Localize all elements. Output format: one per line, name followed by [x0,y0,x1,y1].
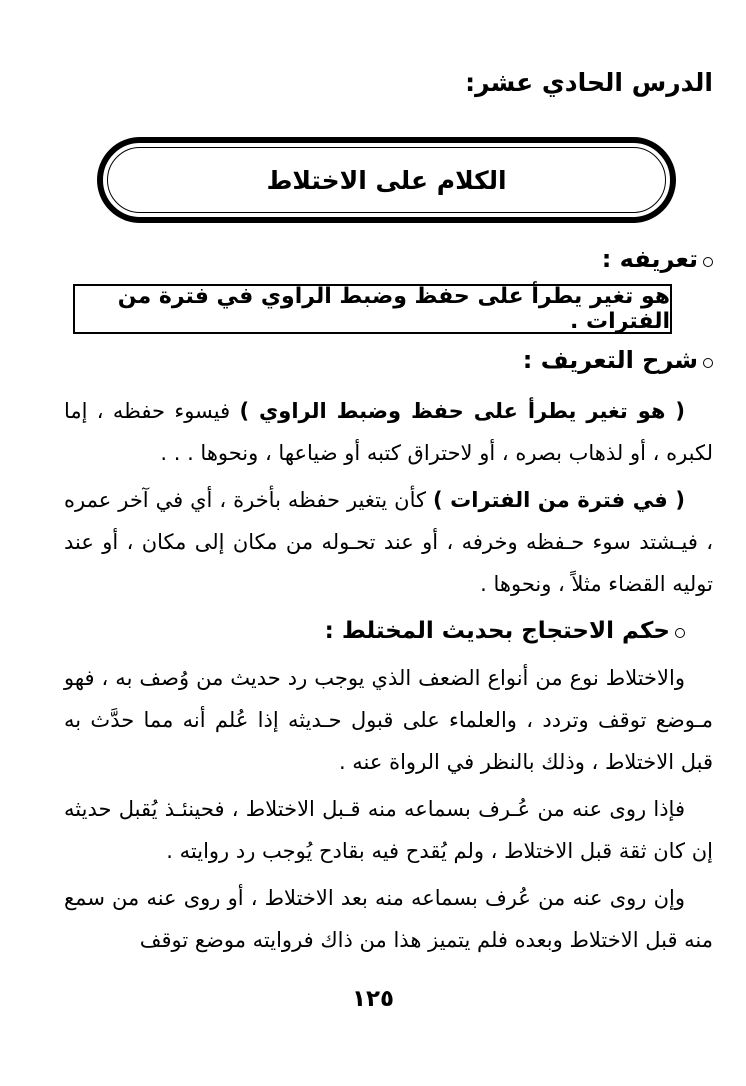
chapter-title-banner: الكلام على الاختلاط [97,137,676,223]
circle-bullet-icon [703,257,713,267]
explanation-paragraph: ( هو تغير يطرأ على حفظ وضبط الراوي ) فيس… [64,390,713,474]
quoted-definition-phrase: ( في فترة من الفترات ) [433,488,685,512]
lesson-number-heading: الدرس الحادي عشر: [465,68,713,97]
book-page: { "page": { "lesson_label": "الدرس الحاد… [0,0,746,1086]
body-text-block: ( هو تغير يطرأ على حفظ وضبط الراوي ) فيس… [64,390,713,966]
definition-box-text: هو تغير يطرأ على حفظ وضبط الراوي في فترة… [75,284,670,334]
ruling-paragraph: وإن روى عنه من عُرف بسماعه منه بعد الاخت… [64,877,713,961]
circle-bullet-icon [703,358,713,368]
chapter-title-text: الكلام على الاختلاط [107,147,666,213]
explanation-heading-label: شرح التعريف : [523,346,698,374]
paragraph-text: والاختلاط نوع من أنواع الضعف الذي يوجب ر… [64,666,713,774]
paragraph-text: وإن روى عنه من عُرف بسماعه منه بعد الاخت… [64,886,713,952]
paragraph-text: فإذا روى عنه من عُـرف بسماعه منه قـبل ال… [64,797,713,863]
explanation-section-heading: شرح التعريف : [523,346,713,374]
ruling-paragraph: والاختلاط نوع من أنواع الضعف الذي يوجب ر… [64,657,713,783]
quoted-definition-phrase: ( هو تغير يطرأ على حفظ وضبط الراوي ) [239,399,685,423]
ruling-heading-label: حكم الاحتجاج بحديث المختلط : [325,618,670,644]
page-number: ١٢٥ [0,986,746,1012]
definition-section-heading: تعريفه : [602,245,713,273]
definition-box: هو تغير يطرأ على حفظ وضبط الراوي في فترة… [73,284,672,334]
explanation-paragraph: ( في فترة من الفترات ) كأن يتغير حفظه بأ… [64,479,713,605]
ruling-section-heading: حكم الاحتجاج بحديث المختلط : [64,610,713,652]
circle-bullet-icon [675,628,685,638]
ruling-paragraph: فإذا روى عنه من عُـرف بسماعه منه قـبل ال… [64,788,713,872]
definition-heading-label: تعريفه : [602,245,698,273]
